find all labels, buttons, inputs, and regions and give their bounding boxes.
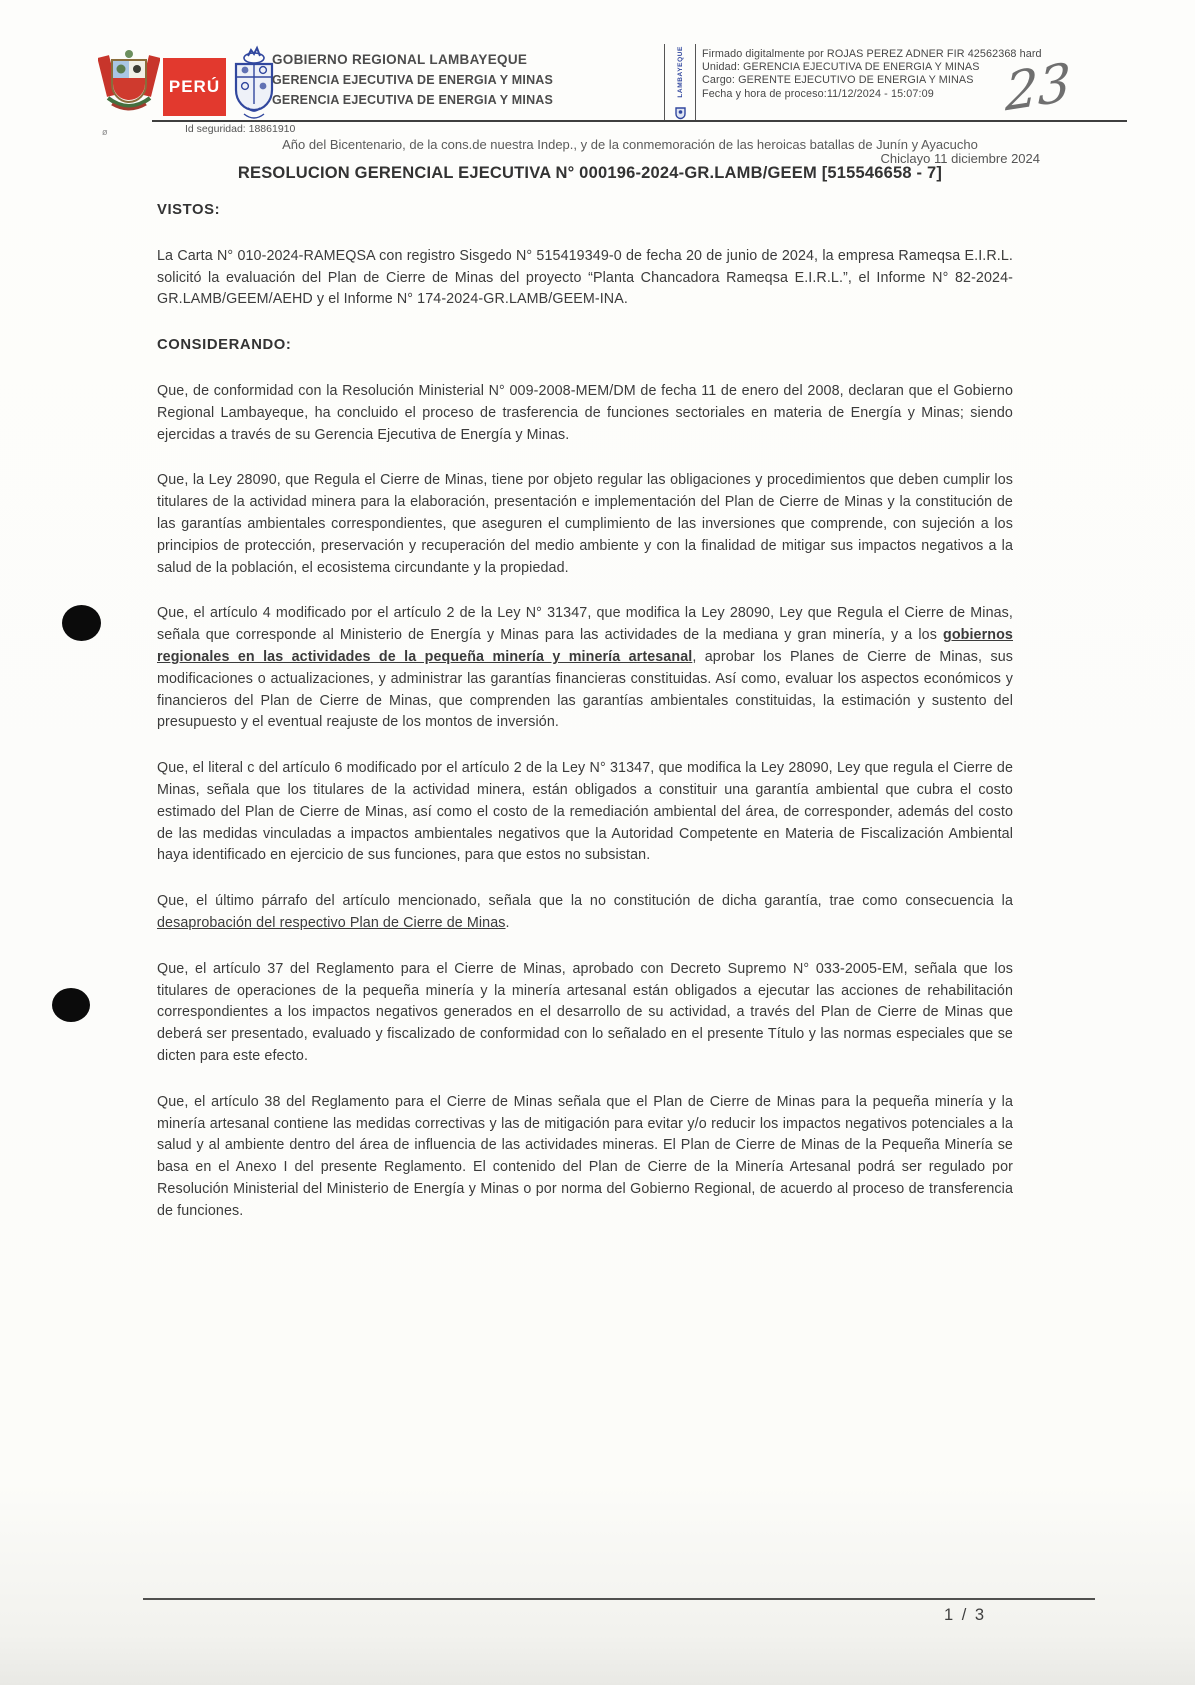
footer-divider-line: [143, 1598, 1095, 1600]
paragraph-articulo-4-pre: Que, el artículo 4 modificado por el art…: [157, 605, 1013, 643]
paragraph-articulo-38: Que, el artículo 38 del Reglamento para …: [157, 1092, 1013, 1223]
signature-stamp-text: Firmado digitalmente por ROJAS PEREZ ADN…: [696, 44, 1042, 122]
document-body: VISTOS: La Carta N° 010-2024-RAMEQSA con…: [157, 200, 1013, 1246]
scanned-document-page: PERÚ GOBIERNO REGIONAL LAMBAYEQUE GERENC…: [0, 0, 1195, 1685]
paragraph-articulo-37: Que, el artículo 37 del Reglamento para …: [157, 959, 1013, 1068]
paragraph-ultimo-parrafo-underline: desaprobación del respectivo Plan de Cie…: [157, 915, 506, 931]
peru-brand-logo: PERÚ: [163, 58, 226, 116]
org-unit-line-2: GERENCIA EJECUTIVA DE ENERGIA Y MINAS: [272, 93, 553, 107]
paragraph-articulo-4: Que, el artículo 4 modificado por el art…: [157, 603, 1013, 734]
org-header: GOBIERNO REGIONAL LAMBAYEQUE GERENCIA EJ…: [272, 52, 553, 113]
considerando-heading: CONSIDERANDO:: [157, 335, 1013, 357]
peru-brand-label: PERÚ: [169, 77, 220, 97]
paragraph-rm-009-2008: Que, de conformidad con la Resolución Mi…: [157, 381, 1013, 446]
signature-line-unit: Unidad: GERENCIA EJECUTIVA DE ENERGIA Y …: [702, 61, 1042, 74]
punch-hole-dot: [62, 605, 101, 641]
header-divider-line: [152, 120, 1127, 122]
signature-stamp-side-strip: LAMBAYEQUE: [664, 44, 696, 122]
signature-side-label: LAMBAYEQUE: [677, 46, 684, 98]
paragraph-ultimo-parrafo: Que, el último párrafo del artículo menc…: [157, 891, 1013, 935]
lambayeque-crest-small-icon: [673, 105, 688, 120]
peru-coat-of-arms-icon: [98, 46, 160, 122]
page-number: 1 / 3: [905, 1606, 1025, 1625]
vistos-heading: VISTOS:: [157, 200, 1013, 222]
paragraph-ultimo-parrafo-pre: Que, el último párrafo del artículo menc…: [157, 893, 1013, 909]
security-id: Id seguridad: 18861910: [185, 123, 295, 135]
digital-signature-stamp: LAMBAYEQUE Firmado digitalmente por ROJA…: [664, 44, 1042, 122]
signature-line-signer: Firmado digitalmente por ROJAS PEREZ ADN…: [702, 48, 1042, 61]
org-name: GOBIERNO REGIONAL LAMBAYEQUE: [272, 52, 553, 67]
handwritten-folio-number: 23: [1005, 52, 1071, 123]
signature-line-role: Cargo: GERENTE EJECUTIVO DE ENERGIA Y MI…: [702, 74, 1042, 87]
punch-hole-dot: [52, 988, 90, 1022]
resolution-title: RESOLUCION GERENCIAL EJECUTIVA N° 000196…: [150, 164, 1030, 183]
paragraph-ultimo-parrafo-post: .: [506, 915, 510, 931]
paragraph-literal-c-articulo-6: Que, el literal c del artículo 6 modific…: [157, 758, 1013, 867]
scan-artifact-mark: ø: [102, 127, 108, 137]
commemorative-motto: Año del Bicentenario, de la cons.de nues…: [190, 137, 1070, 152]
paragraph-ley-28090: Que, la Ley 28090, que Regula el Cierre …: [157, 470, 1013, 579]
org-unit-line: GERENCIA EJECUTIVA DE ENERGIA Y MINAS: [272, 73, 553, 87]
signature-line-datetime: Fecha y hora de proceso:11/12/2024 - 15:…: [702, 88, 1042, 101]
paragraph-vistos: La Carta N° 010-2024-RAMEQSA con registr…: [157, 246, 1013, 311]
